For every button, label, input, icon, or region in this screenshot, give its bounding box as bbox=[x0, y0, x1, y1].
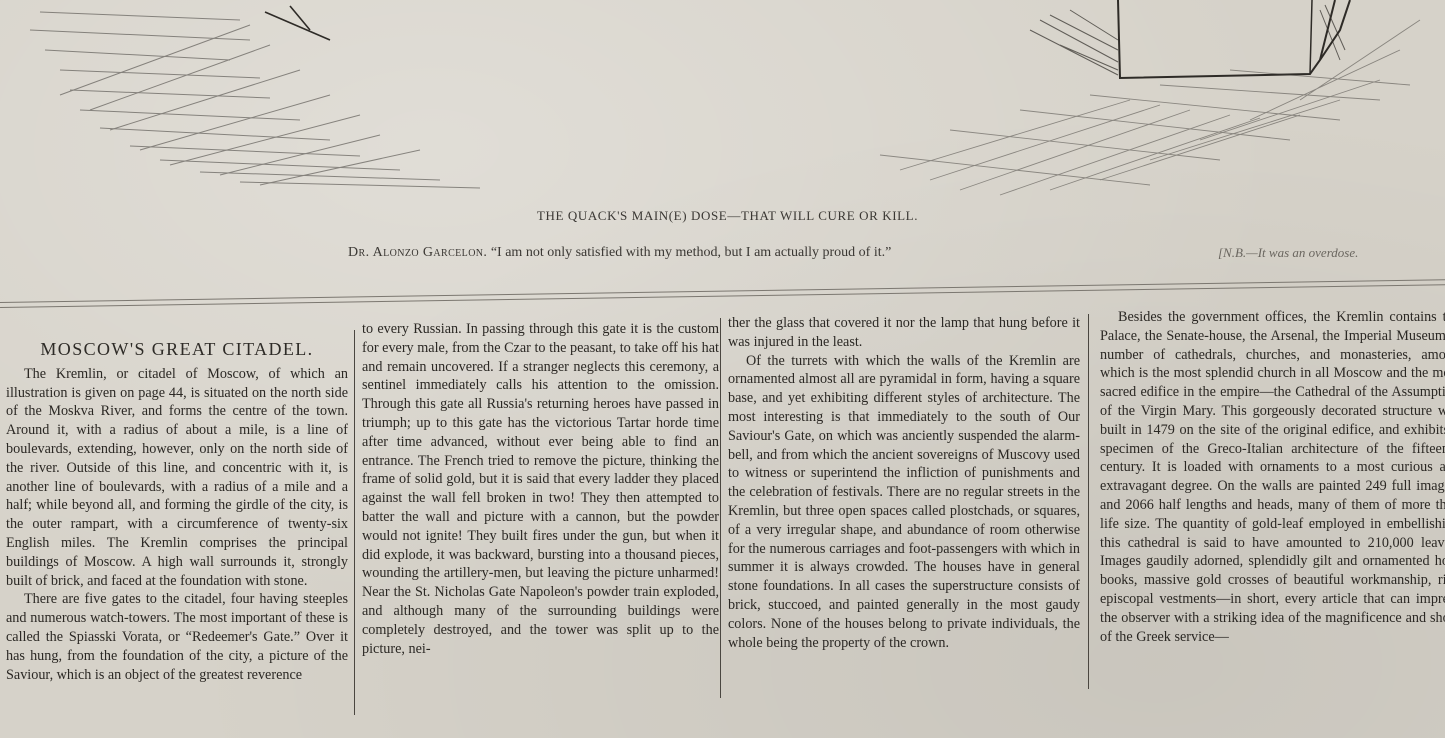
article-column-4: Besides the government offices, the Krem… bbox=[1100, 308, 1445, 646]
section-divider-rule bbox=[0, 279, 1445, 308]
cartoon-title: THE QUACK'S MAIN(E) DOSE—THAT WILL CURE … bbox=[0, 208, 1445, 224]
cartoon-quote: “I am not only satisfied with my method,… bbox=[491, 245, 891, 260]
paragraph: Besides the government offices, the Krem… bbox=[1100, 308, 1445, 646]
paragraph: There are five gates to the citadel, fou… bbox=[6, 590, 348, 684]
cartoon-illustration bbox=[0, 0, 1445, 215]
article-headline: MOSCOW'S GREAT CITADEL. bbox=[6, 340, 348, 359]
article-column-1: MOSCOW'S GREAT CITADEL. The Kremlin, or … bbox=[6, 340, 348, 684]
paragraph: ther the glass that covered it nor the l… bbox=[728, 314, 1080, 352]
signature-mark bbox=[265, 6, 330, 40]
cartoon-caption: Dr. Alonzo Garcelon. “I am not only sati… bbox=[348, 245, 891, 261]
column-divider bbox=[354, 330, 355, 715]
column-divider bbox=[720, 318, 721, 698]
article-column-2: to every Russian. In passing through thi… bbox=[362, 320, 719, 658]
article-column-3: ther the glass that covered it nor the l… bbox=[728, 314, 1080, 652]
cartoon-speaker: Dr. Alonzo Garcelon. bbox=[348, 245, 487, 260]
paragraph: to every Russian. In passing through thi… bbox=[362, 320, 719, 658]
paragraph: The Kremlin, or citadel of Moscow, of wh… bbox=[6, 365, 348, 591]
cartoon-note: [N.B.—It was an overdose. bbox=[1218, 245, 1358, 261]
paragraph: Of the turrets with which the walls of t… bbox=[728, 352, 1080, 653]
column-divider bbox=[1088, 314, 1089, 689]
